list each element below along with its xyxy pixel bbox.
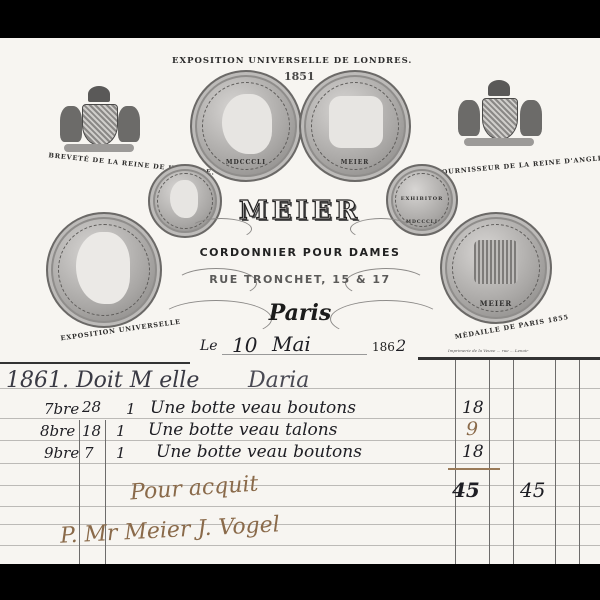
company-name: MEIER — [0, 196, 600, 226]
column-line — [513, 360, 514, 564]
ruled-line — [0, 463, 600, 464]
company-trade: CORDONNIER POUR DAMES — [0, 246, 600, 259]
crown-icon — [488, 80, 510, 96]
allegorical-figures — [329, 96, 383, 148]
column-line — [489, 360, 490, 564]
ruled-line — [0, 506, 600, 507]
line-item-month: 8bre — [40, 422, 75, 440]
medal-victoria-albert: MDCCCLI — [190, 70, 302, 182]
acquit-note: Pour acquit — [129, 472, 259, 506]
header-rule-left — [0, 362, 190, 364]
lion-right-icon — [520, 100, 542, 136]
date-month: Mai — [272, 332, 311, 356]
line-item-description: Une botte veau boutons — [156, 442, 362, 462]
printer-credit: Imprimerie de la Veuve ... rue ... Lenoi… — [448, 348, 528, 353]
handwritten-debit-line: 1861. Doit M elle — [6, 368, 199, 393]
ruled-line — [0, 440, 600, 441]
header-rule-right — [418, 357, 600, 360]
line-item-day: 18 — [82, 422, 101, 440]
shield-icon — [482, 98, 518, 140]
double-profile-portrait — [222, 94, 272, 154]
crown-icon — [88, 86, 110, 102]
line-item-day: 28 — [82, 398, 101, 416]
medal-meier-label: MEIER — [301, 159, 409, 166]
line-item-day: 7 — [84, 444, 94, 462]
ruled-line — [0, 485, 600, 486]
line-item-qty: 1 — [126, 400, 136, 418]
invoice-paper: EXPOSITION UNIVERSELLE DE LONDRES. 1851 … — [0, 38, 600, 564]
date-year-handwritten: 2 — [396, 336, 406, 355]
napoleon-portrait — [76, 232, 130, 304]
total-carried: 45 — [520, 478, 545, 502]
shield-icon — [82, 104, 118, 146]
signature: P. Mr Meier J. Vogel — [59, 512, 280, 548]
medal-date-label: MDCCCLI — [192, 159, 300, 166]
column-line — [579, 360, 580, 564]
date-underline — [222, 354, 367, 355]
column-line — [455, 360, 456, 564]
ribbon-icon — [464, 138, 534, 146]
line-item-month: 7bre — [44, 400, 79, 418]
company-city: Paris — [0, 300, 600, 326]
year-1851: 1851 — [284, 70, 315, 83]
date-year-printed: 186 — [372, 340, 395, 354]
ruled-line — [0, 418, 600, 419]
lion-left-icon — [458, 100, 480, 136]
line-item-amount: 9 — [466, 418, 478, 440]
lion-left-icon — [60, 106, 82, 142]
ribbon-icon — [64, 144, 134, 152]
subtotal-underline — [448, 468, 500, 470]
line-item-qty: 1 — [116, 444, 126, 462]
handwritten-customer: Daria — [248, 368, 309, 393]
date-prefix: Le — [200, 338, 218, 354]
total-amount: 45 — [452, 478, 480, 502]
medal-britannia: MEIER — [299, 70, 411, 182]
company-address: RUE TRONCHET, 15 & 17 — [0, 273, 600, 286]
line-item-amount: 18 — [462, 442, 484, 462]
line-item-description: Une botte veau boutons — [150, 398, 356, 418]
line-item-description: Une botte veau talons — [148, 420, 337, 440]
line-item-month: 9bre — [44, 444, 79, 462]
hanover-coat-of-arms — [52, 82, 146, 158]
england-coat-of-arms — [452, 76, 546, 156]
header-arc-text: EXPOSITION UNIVERSELLE DE LONDRES. — [172, 56, 412, 66]
lion-right-icon — [118, 106, 140, 142]
line-item-qty: 1 — [116, 422, 126, 440]
line-item-amount: 18 — [462, 398, 484, 418]
column-line — [555, 360, 556, 564]
